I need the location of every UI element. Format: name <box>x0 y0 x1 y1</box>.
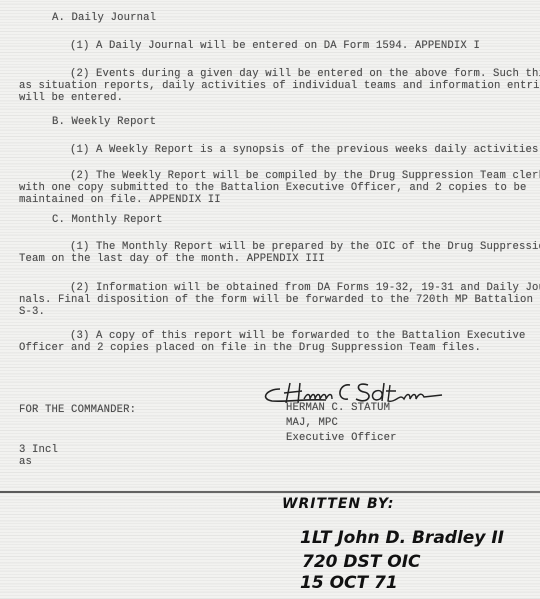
for-the-commander: FOR THE COMMANDER: <box>19 404 136 416</box>
paragraph-line: (3) A copy of this report will be forwar… <box>70 330 526 342</box>
paragraph-line: (1) A Weekly Report is a synopsis of the… <box>70 144 540 156</box>
signer-rank: MAJ, MPC <box>286 417 338 429</box>
paragraph-line: (1) A Daily Journal will be entered on D… <box>70 40 480 52</box>
horizontal-rule <box>0 491 540 493</box>
section-heading-weekly-report: B. Weekly Report <box>52 116 156 128</box>
paragraph-line: (1) The Monthly Report will be prepared … <box>70 241 540 253</box>
signer-name: HERMAN C. STATUM <box>286 402 390 414</box>
handwritten-date: 15 OCT 71 <box>300 573 398 593</box>
document-page: A. Daily Journal (1) A Daily Journal wil… <box>0 0 540 599</box>
paragraph-line: will be entered. <box>19 92 123 104</box>
paragraph-line: (2) Information will be obtained from DA… <box>70 282 540 294</box>
handwritten-written-by: WRITTEN BY: <box>282 496 394 512</box>
inclosures-note: as <box>19 456 32 468</box>
paragraph-line: (2) The Weekly Report will be compiled b… <box>70 170 540 182</box>
paragraph-line: Team on the last day of the month. APPEN… <box>19 253 325 265</box>
signer-title: Executive Officer <box>286 432 397 444</box>
handwritten-author: 1LT John D. Bradley II <box>300 528 504 548</box>
paragraph-line: (2) Events during a given day will be en… <box>70 68 540 80</box>
inclosures-count: 3 Incl <box>19 444 58 456</box>
section-heading-daily-journal: A. Daily Journal <box>52 12 156 24</box>
paragraph-line: Officer and 2 copies placed on file in t… <box>19 342 481 354</box>
paragraph-line: S-3. <box>19 306 45 318</box>
section-heading-monthly-report: C. Monthly Report <box>52 214 163 226</box>
paragraph-line: nals. Final disposition of the form will… <box>19 294 533 306</box>
paragraph-line: maintained on file. APPENDIX II <box>19 194 221 206</box>
paragraph-line: with one copy submitted to the Battalion… <box>19 182 527 194</box>
paragraph-line: as situation reports, daily activities o… <box>19 80 540 92</box>
handwritten-unit: 720 DST OIC <box>302 552 421 572</box>
